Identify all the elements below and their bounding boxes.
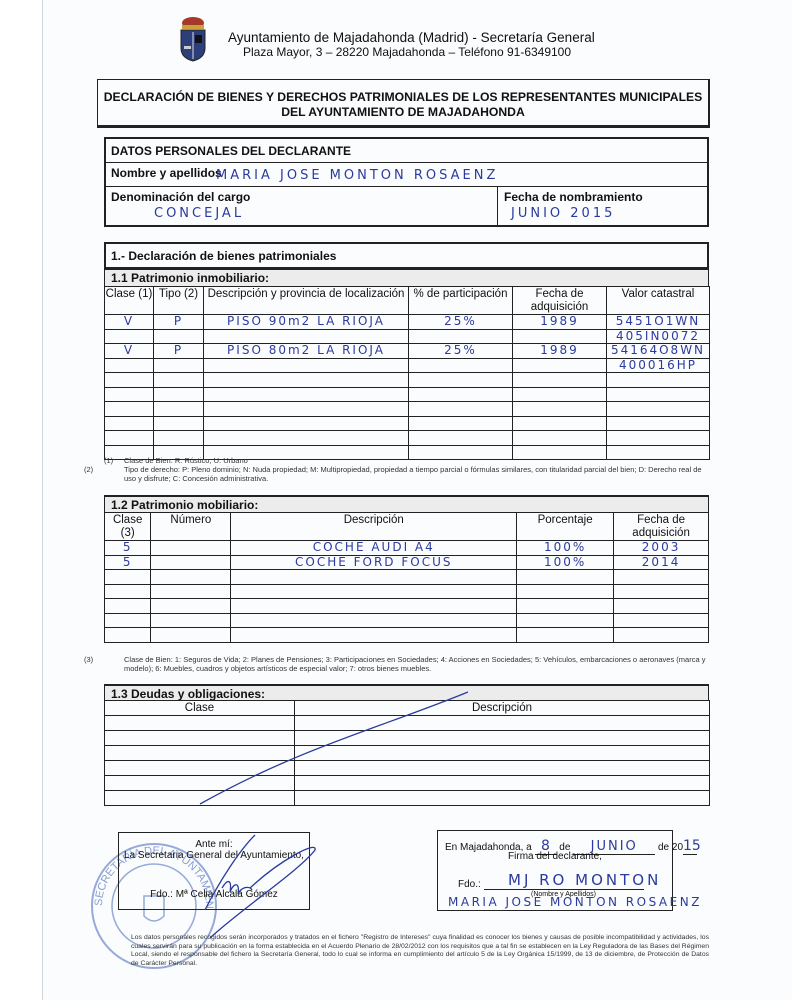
table-row: [105, 416, 710, 431]
mobiliario-cell[interactable]: [231, 613, 517, 628]
mobiliario-cell[interactable]: [105, 613, 151, 628]
inmobiliario-cell[interactable]: [204, 387, 409, 402]
table-row: 400016HP: [105, 358, 710, 373]
header-address: Plaza Mayor, 3 – 28220 Majadahonda – Tel…: [243, 45, 571, 59]
inmobiliario-cell[interactable]: P: [154, 315, 204, 330]
inmobiliario-cell[interactable]: [204, 329, 409, 344]
table-row: [105, 761, 710, 776]
mobiliario-cell[interactable]: [517, 570, 614, 585]
inmobiliario-cell[interactable]: V: [105, 344, 154, 359]
note-2-number: (2): [104, 465, 124, 474]
deudas-cell[interactable]: [295, 746, 710, 761]
mobiliario-cell[interactable]: [614, 599, 709, 614]
inmobiliario-cell[interactable]: [105, 416, 154, 431]
mobiliario-cell[interactable]: COCHE FORD FOCUS: [231, 555, 517, 570]
mobiliario-cell[interactable]: [151, 599, 231, 614]
inmobiliario-cell[interactable]: [409, 416, 513, 431]
deudas-cell[interactable]: [105, 776, 295, 791]
mobiliario-cell[interactable]: [614, 584, 709, 599]
table-row: VPPISO 80m2 LA RIOJA25%198954164O8WN: [105, 344, 710, 359]
mobiliario-header-row: Clase (3)NúmeroDescripciónPorcentajeFech…: [105, 513, 709, 541]
mobiliario-cell[interactable]: [151, 613, 231, 628]
note-2: (2)Tipo de derecho: P: Pleno dominio; N:…: [104, 465, 709, 483]
inmobiliario-header-3: % de participación: [409, 287, 513, 315]
mobiliario-note: (3)Clase de Bien: 1: Seguros de Vida; 2:…: [104, 655, 709, 673]
inmobiliario-cell[interactable]: [607, 416, 710, 431]
inmobiliario-cell-value: PISO 80m2 LA RIOJA: [227, 344, 385, 358]
inmobiliario-header-2: Descripción y provincia de localización: [204, 287, 409, 315]
deudas-cell[interactable]: [295, 716, 710, 731]
section1-title: 1.- Declaración de bienes patrimoniales: [111, 249, 336, 263]
table-row: [105, 776, 710, 791]
mobiliario-header-1: Número: [151, 513, 231, 541]
inmobiliario-title: 1.1 Patrimonio inmobiliario:: [104, 269, 709, 286]
inmobiliario-cell[interactable]: [204, 373, 409, 388]
inmobiliario-cell[interactable]: PISO 90m2 LA RIOJA: [204, 315, 409, 330]
table-row: [105, 584, 709, 599]
declarant-signature-box: En Majadahonda, a 8 de JUNIO de 2015 Fir…: [437, 830, 673, 911]
note-3-number: (3): [104, 655, 124, 664]
inmobiliario-header-5: Valor catastral: [607, 287, 710, 315]
mobiliario-cell[interactable]: [231, 570, 517, 585]
inmobiliario-cell-value: 25%: [444, 315, 477, 329]
note-1-number: (1): [104, 456, 124, 465]
inmobiliario-cell[interactable]: [513, 387, 607, 402]
inmobiliario-cell[interactable]: [607, 373, 710, 388]
table-row: [105, 570, 709, 585]
mobiliario-cell[interactable]: [614, 628, 709, 643]
mobiliario-cell[interactable]: [105, 628, 151, 643]
inmobiliario-cell-value: 400016HP: [619, 358, 697, 372]
document-title: DECLARACIÓN DE BIENES Y DERECHOS PATRIMO…: [97, 79, 710, 128]
table-row: [105, 746, 710, 761]
inmobiliario-cell[interactable]: [409, 431, 513, 446]
inmobiliario-cell[interactable]: [607, 387, 710, 402]
deudas-title: 1.3 Deudas y obligaciones:: [104, 684, 709, 701]
inmobiliario-cell[interactable]: P: [154, 344, 204, 359]
deudas-header-row: ClaseDescripción: [105, 701, 710, 716]
fdo-label: Fdo.:: [458, 879, 481, 890]
mobiliario-cell[interactable]: 100%: [517, 555, 614, 570]
table-row: [105, 716, 710, 731]
section1-header: 1.- Declaración de bienes patrimoniales: [104, 242, 709, 269]
note-1-text: Clase de Bien: R: Rústico, U: Urbano: [124, 456, 248, 465]
table-row: 405IN0072: [105, 329, 710, 344]
deudas-cell[interactable]: [295, 731, 710, 746]
mobiliario-cell[interactable]: [517, 613, 614, 628]
inmobiliario-cell[interactable]: [204, 416, 409, 431]
deudas-cell[interactable]: [105, 746, 295, 761]
inmobiliario-cell[interactable]: [607, 431, 710, 446]
mobiliario-cell[interactable]: [151, 628, 231, 643]
inmobiliario-cell[interactable]: [154, 387, 204, 402]
inmobiliario-header-0: Clase (1): [105, 287, 154, 315]
fecha-nombramiento-label: Fecha de nombramiento: [504, 190, 643, 204]
inmobiliario-header-4: Fecha de adquisición: [513, 287, 607, 315]
inmobiliario-cell-value: 1989: [540, 344, 579, 358]
mobiliario-cell[interactable]: [151, 541, 231, 556]
secretary-name: Fdo.: Mª Celia Alcalá Gómez: [119, 889, 309, 900]
mobiliario-cell[interactable]: 2003: [614, 541, 709, 556]
table-row: [105, 373, 710, 388]
inmobiliario-cell[interactable]: [409, 373, 513, 388]
note-1: (1)Clase de Bien: R: Rústico, U: Urbano: [104, 456, 709, 465]
inmobiliario-cell[interactable]: [105, 387, 154, 402]
inmobiliario-cell[interactable]: [513, 416, 607, 431]
table-row: VPPISO 90m2 LA RIOJA25%19895451O1WN: [105, 315, 710, 330]
cargo-field[interactable]: CONCEJAL: [154, 206, 244, 221]
inmobiliario-cell-value: V: [124, 315, 134, 329]
secretary-title: La Secretaria General del Ayuntamiento,: [119, 850, 309, 861]
inmobiliario-cell[interactable]: [409, 358, 513, 373]
inmobiliario-cell[interactable]: [105, 329, 154, 344]
mobiliario-header-3: Porcentaje: [517, 513, 614, 541]
mobiliario-cell[interactable]: [151, 570, 231, 585]
inmobiliario-cell[interactable]: 5451O1WN: [607, 315, 710, 330]
inmobiliario-cell-value: 1989: [540, 315, 579, 329]
mobiliario-cell[interactable]: 2014: [614, 555, 709, 570]
note-3-text: Clase de Bien: 1: Seguros de Vida; 2: Pl…: [124, 655, 705, 673]
table-row: 5COCHE FORD FOCUS100%2014: [105, 555, 709, 570]
inmobiliario-cell-value: V: [124, 344, 134, 358]
inmobiliario-cell[interactable]: [513, 329, 607, 344]
inmobiliario-cell-value: P: [174, 315, 183, 329]
inmobiliario-cell[interactable]: [105, 402, 154, 417]
mobiliario-header-0: Clase (3): [105, 513, 151, 541]
table-row: [105, 387, 710, 402]
firma-label: Firma del declarante,: [438, 851, 672, 862]
mobiliario-cell[interactable]: [517, 584, 614, 599]
inmobiliario-cell-value: PISO 90m2 LA RIOJA: [227, 315, 385, 329]
mobiliario-cell[interactable]: 5: [105, 541, 151, 556]
inmobiliario-cell[interactable]: 25%: [409, 315, 513, 330]
table-row: [105, 613, 709, 628]
mobiliario-cell[interactable]: [151, 584, 231, 599]
inmobiliario-cell[interactable]: [513, 358, 607, 373]
mobiliario-cell-value: 2003: [642, 541, 681, 555]
inmobiliario-cell-value: 405IN0072: [616, 329, 700, 343]
mobiliario-table: Clase (3)NúmeroDescripciónPorcentajeFech…: [104, 512, 709, 643]
table-row: [105, 731, 710, 746]
mobiliario-cell[interactable]: [105, 570, 151, 585]
data-protection-notice: Los datos personales recogidos serán inc…: [131, 934, 709, 968]
mobiliario-cell-value: 5: [123, 541, 133, 555]
name-row: Nombre y apellidos MARIA JOSE MONTON ROS…: [106, 163, 707, 187]
mobiliario-header-2: Descripción: [231, 513, 517, 541]
cargo-label: Denominación del cargo: [111, 190, 250, 204]
name-field[interactable]: MARIA JOSE MONTON ROSAENZ: [216, 168, 498, 183]
mobiliario-cell[interactable]: [231, 599, 517, 614]
personal-header-row: DATOS PERSONALES DEL DECLARANTE: [106, 139, 707, 163]
deudas-cell[interactable]: [295, 776, 710, 791]
mobiliario-cell[interactable]: 5: [105, 555, 151, 570]
mobiliario-title: 1.2 Patrimonio mobiliario:: [104, 495, 709, 512]
mobiliario-cell[interactable]: [614, 570, 709, 585]
personal-data-section: DATOS PERSONALES DEL DECLARANTE Nombre y…: [104, 137, 709, 227]
table-row: [105, 402, 710, 417]
coat-of-arms-icon: [177, 16, 209, 62]
signature-line[interactable]: MJ RO MONTON: [484, 869, 644, 890]
inmobiliario-cell-value: 54164O8WN: [611, 344, 705, 358]
inmobiliario-cell[interactable]: [409, 387, 513, 402]
mobiliario-cell[interactable]: 100%: [517, 541, 614, 556]
title-line-2: DEL AYUNTAMIENTO DE MAJADAHONDA: [98, 105, 708, 120]
ante-mi-label: Ante mí:: [119, 839, 309, 850]
inmobiliario-cell-value: P: [174, 344, 183, 358]
inmobiliario-cell[interactable]: 25%: [409, 344, 513, 359]
mobiliario-header-4: Fecha de adquisición: [614, 513, 709, 541]
inmobiliario-cell[interactable]: [513, 373, 607, 388]
table-row: [105, 599, 709, 614]
inmobiliario-cell[interactable]: 405IN0072: [607, 329, 710, 344]
cargo-cell: Denominación del cargo CONCEJAL: [106, 187, 498, 225]
table-row: 5COCHE AUDI A4100%2003: [105, 541, 709, 556]
inmobiliario-cell[interactable]: [513, 431, 607, 446]
deudas-cell[interactable]: [295, 791, 710, 806]
name-label: Nombre y apellidos: [111, 166, 222, 180]
inmobiliario-cell[interactable]: [409, 402, 513, 417]
declarant-signature: MJ RO MONTON: [508, 871, 661, 889]
mobiliario-cell[interactable]: [517, 599, 614, 614]
deudas-cell[interactable]: [105, 791, 295, 806]
inmobiliario-cell-value: 25%: [444, 344, 477, 358]
inmobiliario-header-1: Tipo (2): [154, 287, 204, 315]
inmobiliario-cell[interactable]: [154, 373, 204, 388]
mobiliario-cell[interactable]: [231, 584, 517, 599]
mobiliario-cell[interactable]: [105, 599, 151, 614]
deudas-cell[interactable]: [295, 761, 710, 776]
inmobiliario-cell[interactable]: 54164O8WN: [607, 344, 710, 359]
inmobiliario-cell-value: 5451O1WN: [616, 315, 700, 329]
note-2-text: Tipo de derecho: P: Pleno dominio; N: Nu…: [124, 465, 702, 483]
inmobiliario-table: Clase (1)Tipo (2)Descripción y provincia…: [104, 286, 710, 460]
inmobiliario-cell[interactable]: [105, 373, 154, 388]
table-row: [105, 791, 710, 806]
inmobiliario-cell[interactable]: [409, 329, 513, 344]
inmobiliario-cell[interactable]: [154, 329, 204, 344]
inmobiliario-cell[interactable]: [105, 431, 154, 446]
deudas-cell[interactable]: [105, 761, 295, 776]
deudas-header-1: Descripción: [295, 701, 710, 716]
fecha-nombramiento-field[interactable]: JUNIO 2015: [511, 206, 615, 221]
inmobiliario-cell[interactable]: [154, 358, 204, 373]
mobiliario-cell-value: 100%: [544, 555, 586, 569]
inmobiliario-cell[interactable]: 400016HP: [607, 358, 710, 373]
mobiliario-cell[interactable]: [105, 584, 151, 599]
inmobiliario-cell[interactable]: PISO 80m2 LA RIOJA: [204, 344, 409, 359]
mobiliario-cell-value: 5: [123, 555, 133, 569]
deudas-table: ClaseDescripción: [104, 700, 710, 806]
inmobiliario-cell[interactable]: [154, 402, 204, 417]
table-row: [105, 431, 710, 446]
inmobiliario-notes: (1)Clase de Bien: R: Rústico, U: Urbano …: [104, 456, 709, 483]
mobiliario-cell[interactable]: [517, 628, 614, 643]
mobiliario-cell[interactable]: [231, 628, 517, 643]
mobiliario-cell[interactable]: [151, 555, 231, 570]
deudas-header-0: Clase: [105, 701, 295, 716]
inmobiliario-header-row: Clase (1)Tipo (2)Descripción y provincia…: [105, 287, 710, 315]
fecha-cell: Fecha de nombramiento JUNIO 2015: [499, 187, 707, 225]
inmobiliario-cell[interactable]: [105, 358, 154, 373]
table-row: [105, 628, 709, 643]
mobiliario-cell-value: COCHE FORD FOCUS: [295, 555, 453, 569]
personal-section-title: DATOS PERSONALES DEL DECLARANTE: [111, 144, 351, 158]
declarant-name-field[interactable]: MARIA JOSE MONTON ROSAENZ: [448, 895, 702, 909]
mobiliario-cell[interactable]: COCHE AUDI A4: [231, 541, 517, 556]
header-title: Ayuntamiento de Majadahonda (Madrid) - S…: [228, 30, 595, 45]
mobiliario-cell-value: 100%: [544, 541, 586, 555]
deudas-cell[interactable]: [105, 716, 295, 731]
inmobiliario-cell[interactable]: [204, 358, 409, 373]
deudas-cell[interactable]: [105, 731, 295, 746]
inmobiliario-cell[interactable]: [154, 416, 204, 431]
inmobiliario-cell[interactable]: V: [105, 315, 154, 330]
year-field[interactable]: 15: [683, 838, 697, 855]
inmobiliario-cell[interactable]: 1989: [513, 315, 607, 330]
secretary-signature-box: Ante mí: La Secretaria General del Ayunt…: [118, 832, 310, 910]
inmobiliario-cell[interactable]: [204, 431, 409, 446]
mobiliario-cell-value: 2014: [642, 555, 681, 569]
mobiliario-cell-value: COCHE AUDI A4: [313, 541, 435, 555]
inmobiliario-cell[interactable]: 1989: [513, 344, 607, 359]
inmobiliario-cell[interactable]: [607, 402, 710, 417]
mobiliario-cell[interactable]: [614, 613, 709, 628]
inmobiliario-cell[interactable]: [513, 402, 607, 417]
inmobiliario-cell[interactable]: [154, 431, 204, 446]
title-line-1: DECLARACIÓN DE BIENES Y DERECHOS PATRIMO…: [98, 90, 708, 105]
inmobiliario-cell[interactable]: [204, 402, 409, 417]
